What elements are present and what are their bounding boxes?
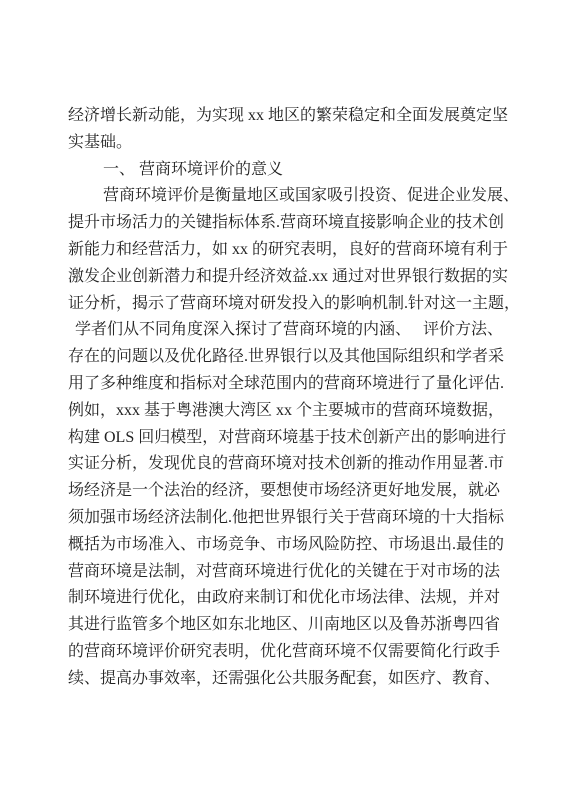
text-line: 经济增长新动能，为实现 xx 地区的繁荣稳定和全面发展奠定坚: [68, 103, 508, 130]
text-line: 概括为市场准入、市场竞争、市场风险防控、市场退出.最佳的: [68, 532, 508, 559]
text-line: 构建 OLS 回归模型，对营商环境基于技术创新产出的影响进行: [68, 425, 508, 452]
text-line: 实基础。: [68, 130, 508, 157]
document-text-block: 经济增长新动能，为实现 xx 地区的繁荣稳定和全面发展奠定坚实基础。一、 营商环…: [68, 103, 508, 693]
text-line: 场经济是一个法治的经济，要想使市场经济更好地发展，就必: [68, 478, 508, 505]
text-line: 提升市场活力的关键指标体系.营商环境直接影响企业的技术创: [68, 210, 508, 237]
text-line: 学者们从不同角度深入探讨了营商环境的内涵、 评价方法、: [68, 317, 508, 344]
text-line: 营商环境是法制，对营商环境进行优化的关键在于对市场的法: [68, 559, 508, 586]
text-line: 激发企业创新潜力和提升经济效益.xx 通过对世界银行数据的实: [68, 264, 508, 291]
text-line: 存在的问题以及优化路径.世界银行以及其他国际组织和学者采: [68, 344, 508, 371]
document-page: 经济增长新动能，为实现 xx 地区的繁荣稳定和全面发展奠定坚实基础。一、 营商环…: [0, 0, 570, 807]
section-heading: 一、 营商环境评价的意义: [68, 157, 508, 184]
text-line: 制环境进行优化，由政府来制订和优化市场法律、法规，并对: [68, 585, 508, 612]
text-line: 的营商环境评价研究表明，优化营商环境不仅需要简化行政手: [68, 639, 508, 666]
text-line: 证分析，揭示了营商环境对研发投入的影响机制.针对这一主题，: [68, 291, 508, 318]
text-line: 实证分析，发现优良的营商环境对技术创新的推动作用显著.市: [68, 451, 508, 478]
text-line: 例如，xxx 基于粤港澳大湾区 xx 个主要城市的营商环境数据，: [68, 398, 508, 425]
text-line: 须加强市场经济法制化.他把世界银行关于营商环境的十大指标: [68, 505, 508, 532]
text-line: 新能力和经营活力，如 xx 的研究表明，良好的营商环境有利于: [68, 237, 508, 264]
text-line: 用了多种维度和指标对全球范围内的营商环境进行了量化评估.: [68, 371, 508, 398]
text-line: 营商环境评价是衡量地区或国家吸引投资、促进企业发展、: [68, 183, 508, 210]
text-line: 续、提高办事效率，还需强化公共服务配套，如医疗、教育、: [68, 666, 508, 693]
text-line: 其进行监管多个地区如东北地区、川南地区以及鲁苏浙粤四省: [68, 612, 508, 639]
